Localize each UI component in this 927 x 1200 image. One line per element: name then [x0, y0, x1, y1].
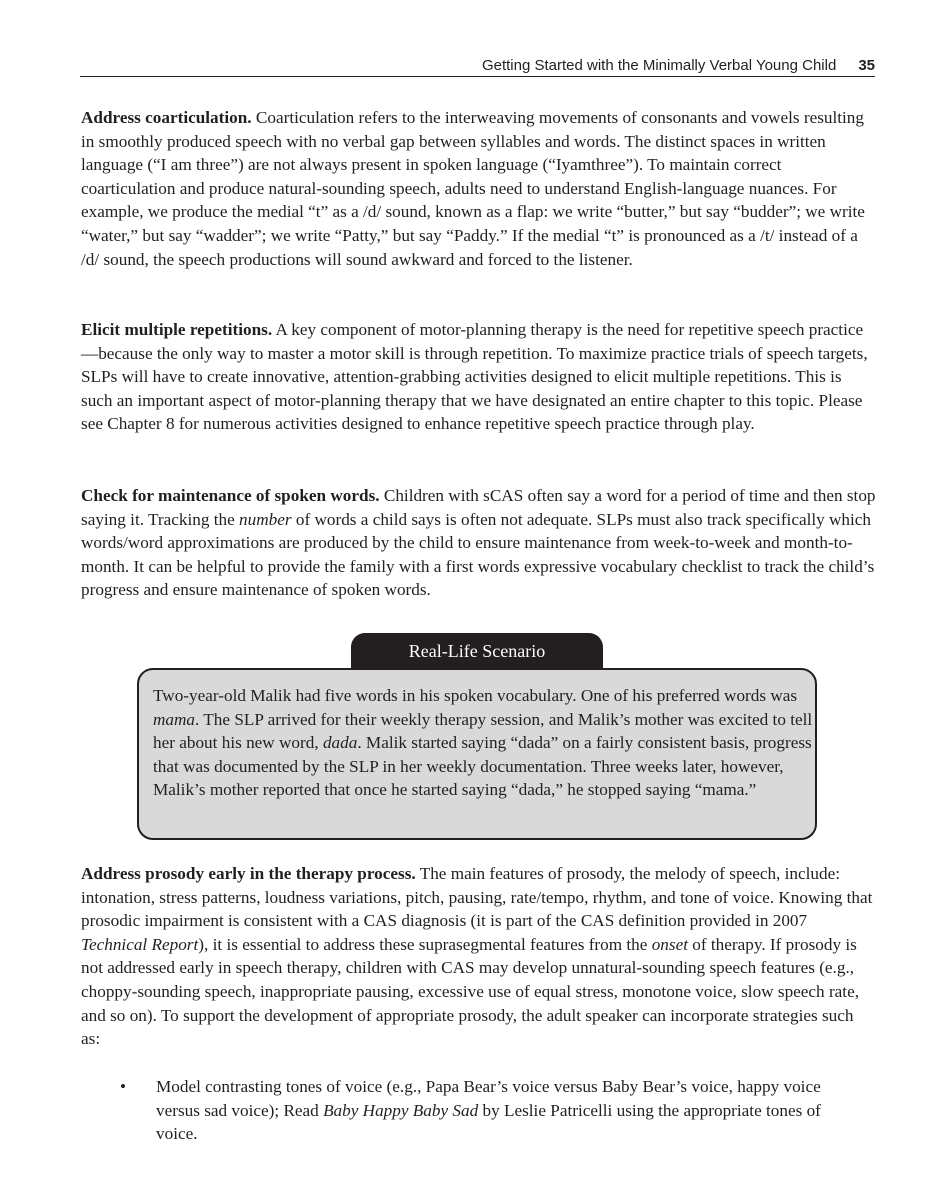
book-title: Baby Happy Baby Sad: [323, 1101, 478, 1120]
section-prosody: Address prosody early in the therapy pro…: [81, 862, 876, 1051]
section-heading: Address coarticulation.: [81, 108, 252, 127]
emphasis: dada: [323, 733, 357, 752]
running-title: Getting Started with the Minimally Verba…: [482, 57, 836, 74]
paragraph: Address coarticulation. Coarticulation r…: [81, 106, 876, 271]
emphasis: number: [239, 510, 292, 529]
scenario-text: Two-year-old Malik had five words in his…: [153, 684, 813, 802]
section-repetitions: Elicit multiple repetitions. A key compo…: [81, 318, 876, 436]
list-item-text: Model contrasting tones of voice (e.g., …: [156, 1075, 860, 1146]
bullet-list: • Model contrasting tones of voice (e.g.…: [120, 1075, 860, 1146]
running-header: Getting Started with the Minimally Verba…: [80, 52, 875, 77]
paragraph: Elicit multiple repetitions. A key compo…: [81, 318, 876, 436]
section-coarticulation: Address coarticulation. Coarticulation r…: [81, 106, 876, 271]
page-number: 35: [858, 57, 875, 74]
scenario-label: Real-Life Scenario: [351, 633, 603, 670]
scenario-text-part: Two-year-old Malik had five words in his…: [153, 686, 797, 705]
paragraph: Check for maintenance of spoken words. C…: [81, 484, 876, 602]
emphasis: mama: [153, 710, 195, 729]
section-maintenance: Check for maintenance of spoken words. C…: [81, 484, 876, 602]
emphasis: Technical Report: [81, 935, 198, 954]
section-heading: Check for maintenance of spoken words.: [81, 486, 380, 505]
paragraph: Address prosody early in the therapy pro…: [81, 862, 876, 1051]
paragraph-text: ), it is essential to address these supr…: [198, 935, 651, 954]
emphasis: onset: [652, 935, 688, 954]
bullet-icon: •: [120, 1075, 156, 1146]
section-heading: Address prosody early in the therapy pro…: [81, 864, 416, 883]
paragraph-text: Coarticulation refers to the interweavin…: [81, 108, 865, 269]
list-item: • Model contrasting tones of voice (e.g.…: [120, 1075, 860, 1146]
scenario-box: Two-year-old Malik had five words in his…: [137, 668, 817, 840]
section-heading: Elicit multiple repetitions.: [81, 320, 272, 339]
